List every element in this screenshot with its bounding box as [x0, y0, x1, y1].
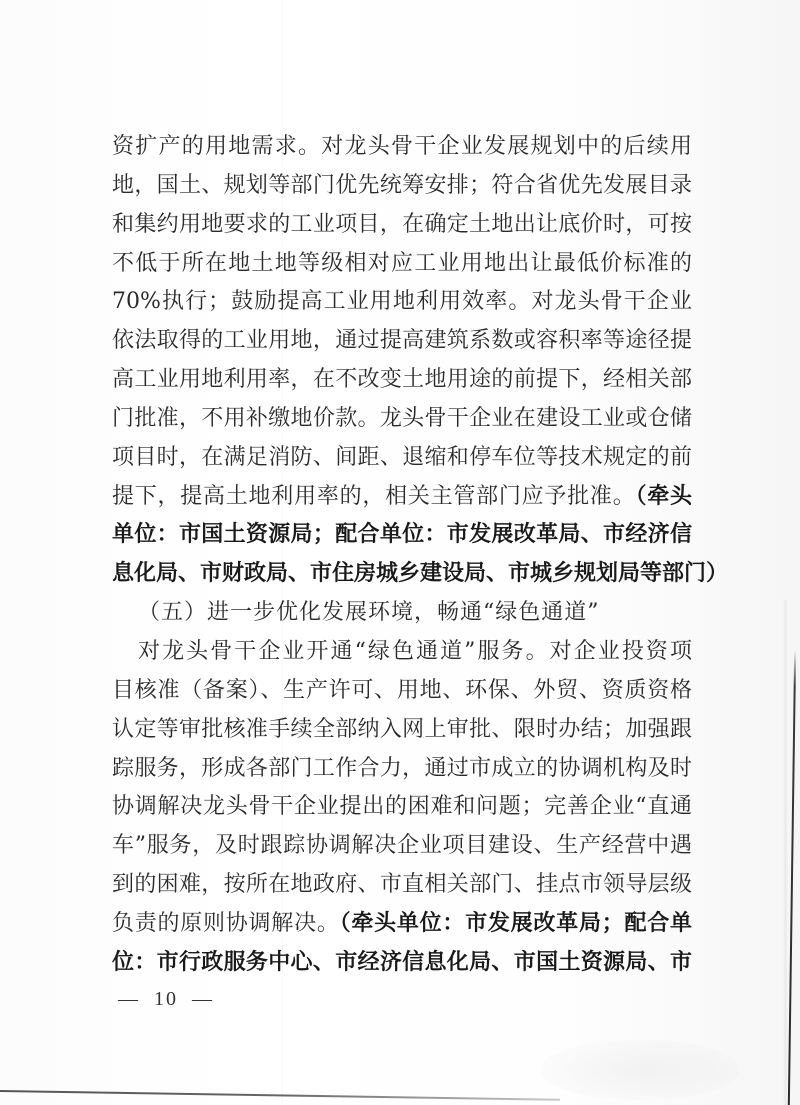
text-line-22-responsible-units: 位：市行政服务中心、市经济信息化局、市国土资源局、市 — [112, 944, 692, 983]
text-line-9: 项目时，在满足消防、间距、退缩和停车位等技术规定的前 — [112, 439, 692, 478]
scan-edge-shadow — [783, 600, 788, 1105]
section-heading-5: （五）进一步优化发展环境，畅通“绿色通道” — [112, 594, 692, 633]
text-line-7: 高工业用地利用率，在不改变土地用途的前提下，经相关部 — [112, 361, 692, 400]
text-line-12-responsible-units: 息化局、市财政局、市住房城乡建设局、市城乡规划局等部门） — [112, 555, 692, 594]
text-line-21-bold: （牵头单位：市发展改革局；配合单 — [340, 911, 692, 936]
text-line-17: 踪服务，形成各部门工作合力，通过市成立的协调机构及时 — [112, 750, 692, 789]
text-line-2: 地，国土、规划等部门优先统筹安排；符合省优先发展目录 — [112, 167, 692, 206]
text-line-10-bold: （牵头 — [635, 484, 692, 509]
scan-smudge — [540, 1040, 740, 1100]
document-page: 资扩产的用地需求。对龙头骨干企业发展规划中的后续用 地，国土、规划等部门优先统筹… — [0, 0, 800, 1105]
text-line-3: 和集约用地要求的工业项目，在确定土地出让底价时，可按 — [112, 206, 692, 245]
text-line-19: 车”服务，及时跟踪协调解决企业项目建设、生产经营中遇 — [112, 827, 692, 866]
text-line-10: 提下，提高土地利用率的，相关主管部门应予批准。（牵头 — [112, 478, 692, 517]
text-line-14: 对龙头骨干企业开通“绿色通道”服务。对企业投资项 — [112, 633, 692, 672]
text-line-11-responsible-units: 单位：市国土资源局；配合单位：市发展改革局、市经济信 — [112, 516, 692, 555]
text-line-1: 资扩产的用地需求。对龙头骨干企业发展规划中的后续用 — [112, 128, 692, 167]
text-line-6: 依法取得的工业用地，通过提高建筑系数或容积率等途径提 — [112, 322, 692, 361]
text-line-21: 负责的原则协调解决。（牵头单位：市发展改革局；配合单 — [112, 905, 692, 944]
text-line-4: 不低于所在地土地等级相对应工业用地出让最低价标准的 — [112, 245, 692, 284]
text-line-10-normal: 提下，提高土地利用率的，相关主管部门应予批准。 — [112, 484, 635, 509]
text-line-18: 协调解决龙头骨干企业提出的困难和问题；完善企业“直通 — [112, 788, 692, 827]
scan-edge-right — [788, 650, 796, 1105]
text-line-8: 门批准，不用补缴地价款。龙头骨干企业在建设工业或仓储 — [112, 400, 692, 439]
text-line-20: 到的困难，按所在地政府、市直相关部门、挂点市领导层级 — [112, 866, 692, 905]
body-text: 资扩产的用地需求。对龙头骨干企业发展规划中的后续用 地，国土、规划等部门优先统筹… — [112, 128, 692, 983]
text-line-21-normal: 负责的原则协调解决。 — [112, 911, 340, 936]
text-line-15: 目核准（备案）、生产许可、用地、环保、外贸、资质资格 — [112, 672, 692, 711]
text-line-16: 认定等审批核准手续全部纳入网上审批、限时办结；加强跟 — [112, 711, 692, 750]
scan-edge-bottom — [0, 1090, 560, 1101]
page-number: — 10 — — [118, 988, 214, 1011]
text-line-5: 70%执行；鼓励提高工业用地利用效率。对龙头骨干企业 — [112, 283, 692, 322]
